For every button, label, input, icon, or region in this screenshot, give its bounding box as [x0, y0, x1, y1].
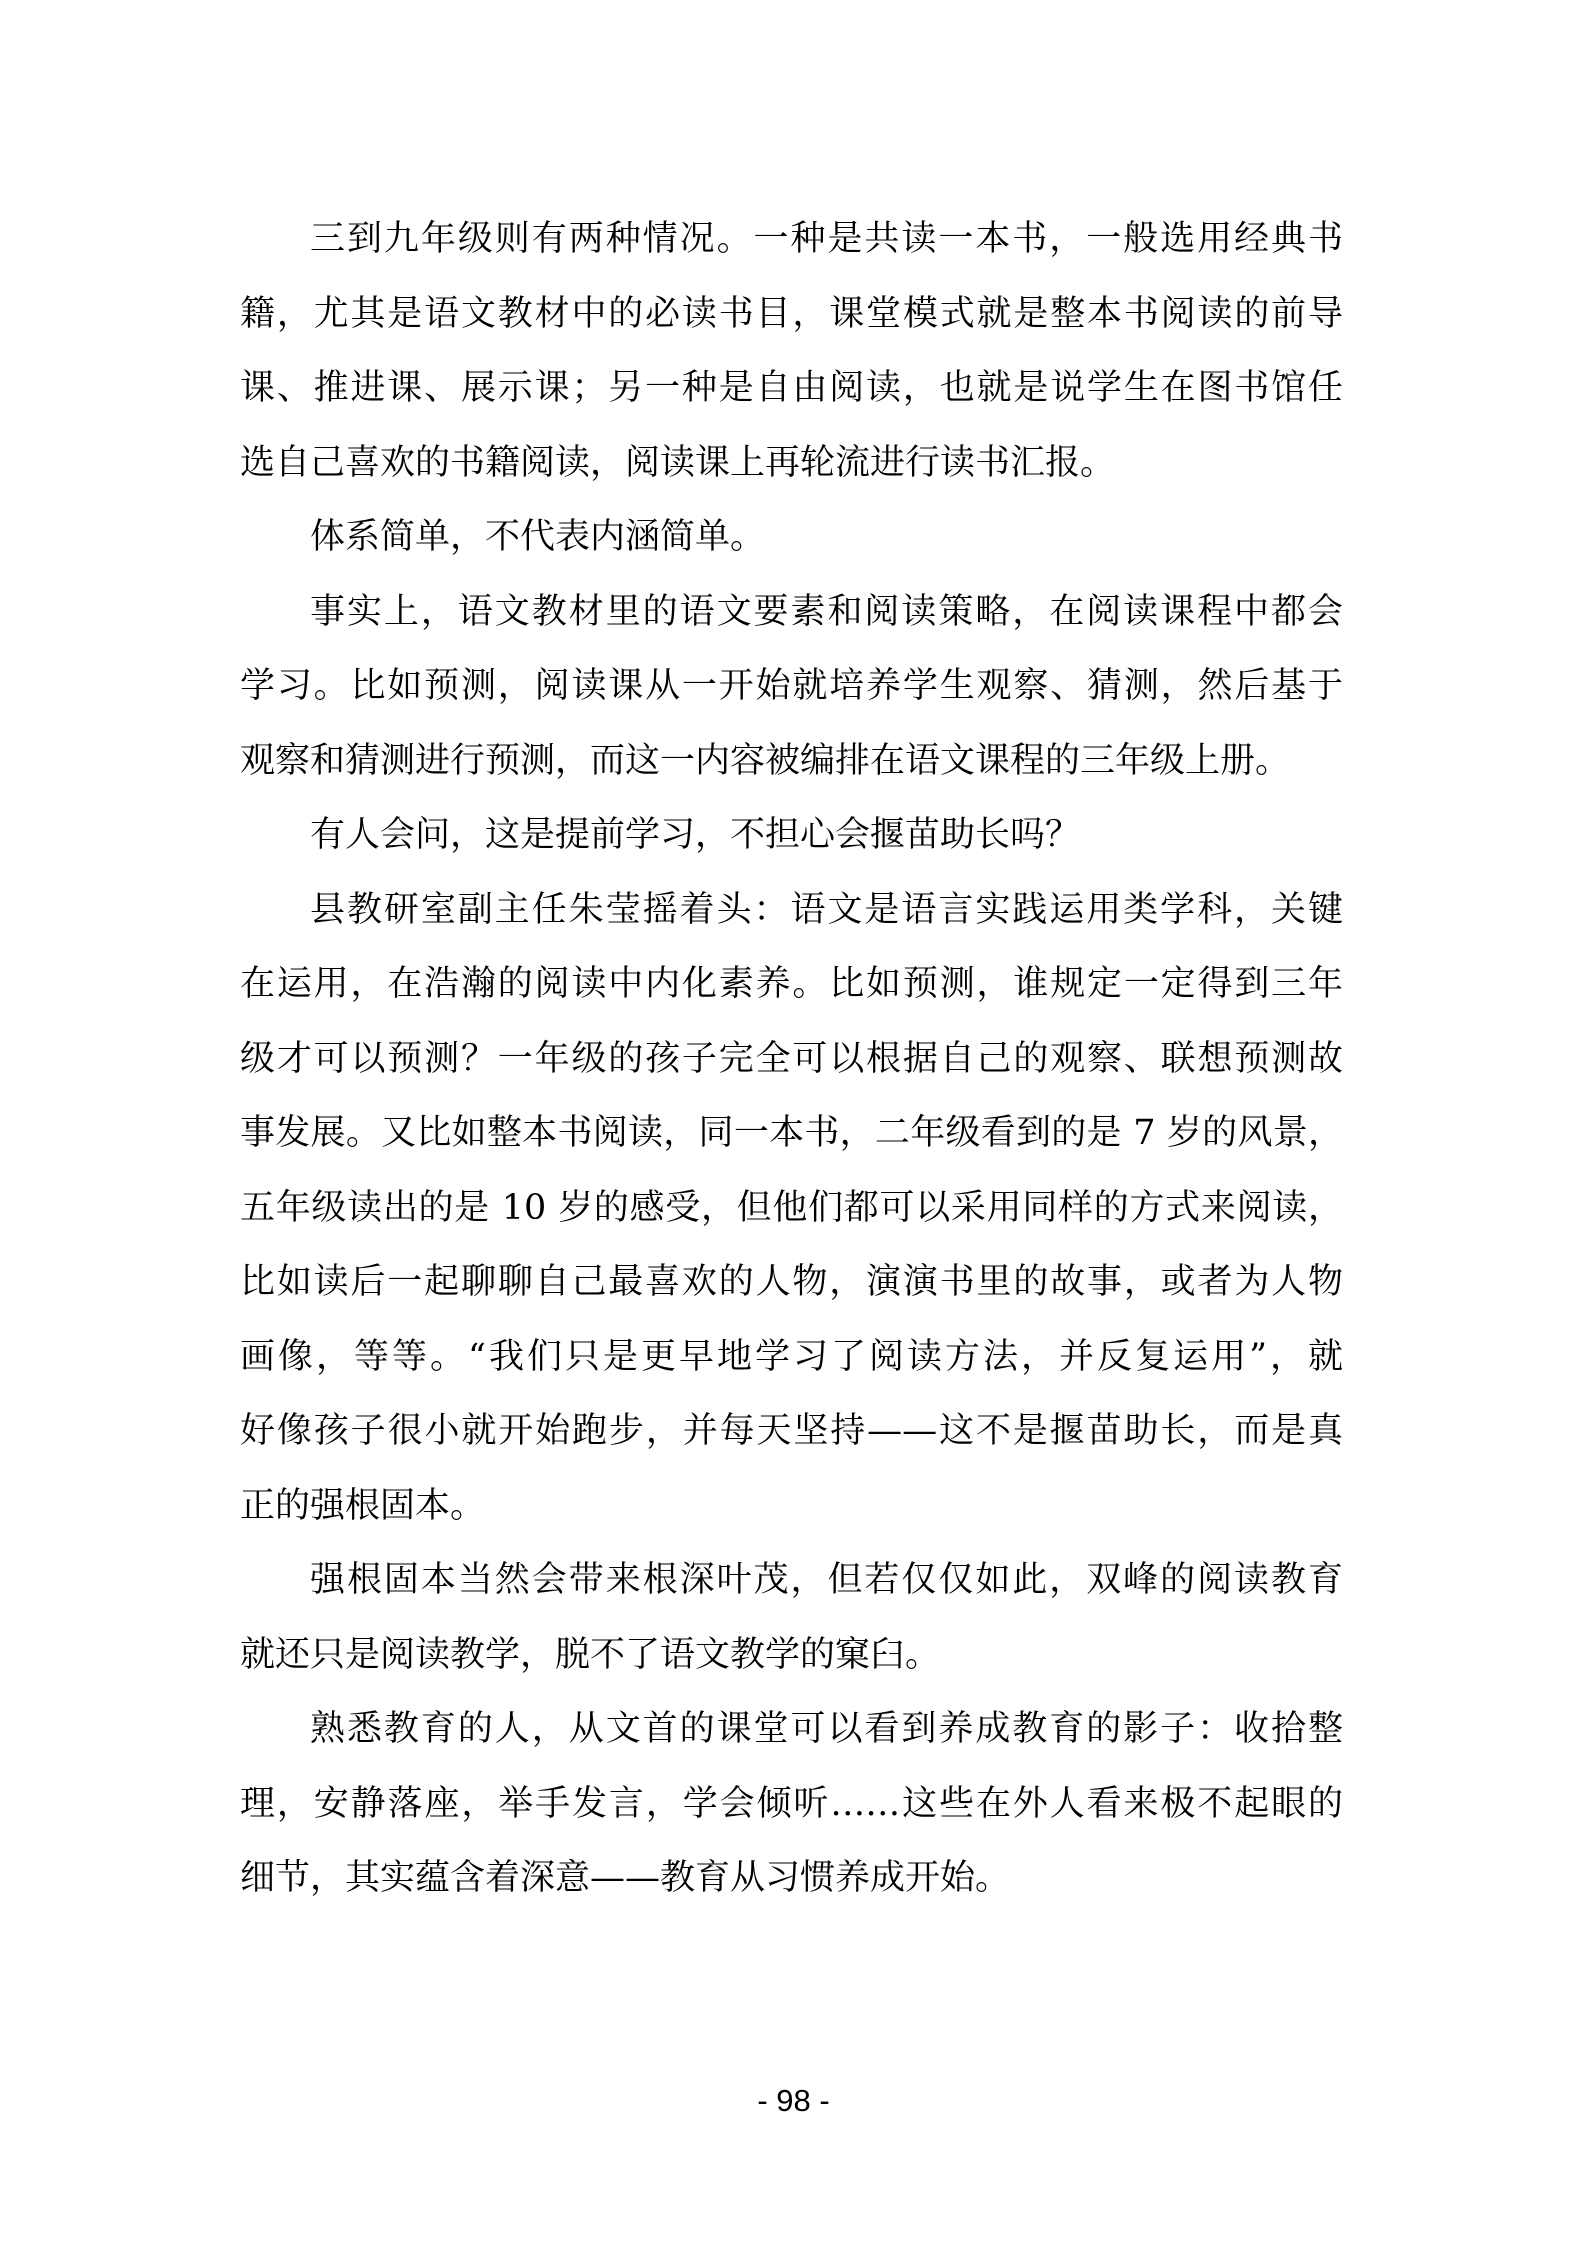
- text-line: 级才可以预测？一年级的孩子完全可以根据自己的观察、联想预测故: [240, 1022, 1343, 1097]
- text-line: 画像，等等。“我们只是更早地学习了阅读方法，并反复运用”，就: [240, 1320, 1343, 1395]
- text-line: 选自己喜欢的书籍阅读，阅读课上再轮流进行读书汇报。: [240, 426, 1343, 501]
- text-line: 三到九年级则有两种情况。一种是共读一本书，一般选用经典书: [240, 202, 1343, 277]
- text-line: 强根固本当然会带来根深叶茂，但若仅仅如此，双峰的阅读教育: [240, 1543, 1343, 1618]
- text-line: 就还只是阅读教学，脱不了语文教学的窠臼。: [240, 1618, 1343, 1693]
- text-line: 事发展。又比如整本书阅读，同一本书，二年级看到的是 7 岁的风景，: [240, 1096, 1343, 1171]
- text-line: 熟悉教育的人，从文首的课堂可以看到养成教育的影子：收拾整: [240, 1692, 1343, 1767]
- text-line: 好像孩子很小就开始跑步，并每天坚持——这不是揠苗助长，而是真: [240, 1394, 1343, 1469]
- text-line: 籍，尤其是语文教材中的必读书目，课堂模式就是整本书阅读的前导: [240, 277, 1343, 352]
- text-line: 五年级读出的是 10 岁的感受，但他们都可以采用同样的方式来阅读，: [240, 1171, 1343, 1246]
- text-line: 比如读后一起聊聊自己最喜欢的人物，演演书里的故事，或者为人物: [240, 1245, 1343, 1320]
- document-page: 三到九年级则有两种情况。一种是共读一本书，一般选用经典书籍，尤其是语文教材中的必…: [0, 0, 1587, 2245]
- text-line: 事实上，语文教材里的语文要素和阅读策略，在阅读课程中都会: [240, 575, 1343, 650]
- text-line: 正的强根固本。: [240, 1469, 1343, 1544]
- text-line: 在运用，在浩瀚的阅读中内化素养。比如预测，谁规定一定得到三年: [240, 947, 1343, 1022]
- text-line: 细节，其实蕴含着深意——教育从习惯养成开始。: [240, 1841, 1343, 1916]
- text-line: 体系简单，不代表内涵简单。: [240, 500, 1343, 575]
- text-line: 县教研室副主任朱莹摇着头：语文是语言实践运用类学科，关键: [240, 873, 1343, 948]
- text-line: 理，安静落座，举手发言，学会倾听……这些在外人看来极不起眼的: [240, 1767, 1343, 1842]
- text-line: 有人会问，这是提前学习，不担心会揠苗助长吗？: [240, 798, 1343, 873]
- document-body: 三到九年级则有两种情况。一种是共读一本书，一般选用经典书籍，尤其是语文教材中的必…: [240, 202, 1343, 1916]
- text-line: 学习。比如预测，阅读课从一开始就培养学生观察、猜测，然后基于: [240, 649, 1343, 724]
- page-number: - 98 -: [0, 2083, 1587, 2119]
- text-line: 观察和猜测进行预测，而这一内容被编排在语文课程的三年级上册。: [240, 724, 1343, 799]
- text-line: 课、推进课、展示课；另一种是自由阅读，也就是说学生在图书馆任: [240, 351, 1343, 426]
